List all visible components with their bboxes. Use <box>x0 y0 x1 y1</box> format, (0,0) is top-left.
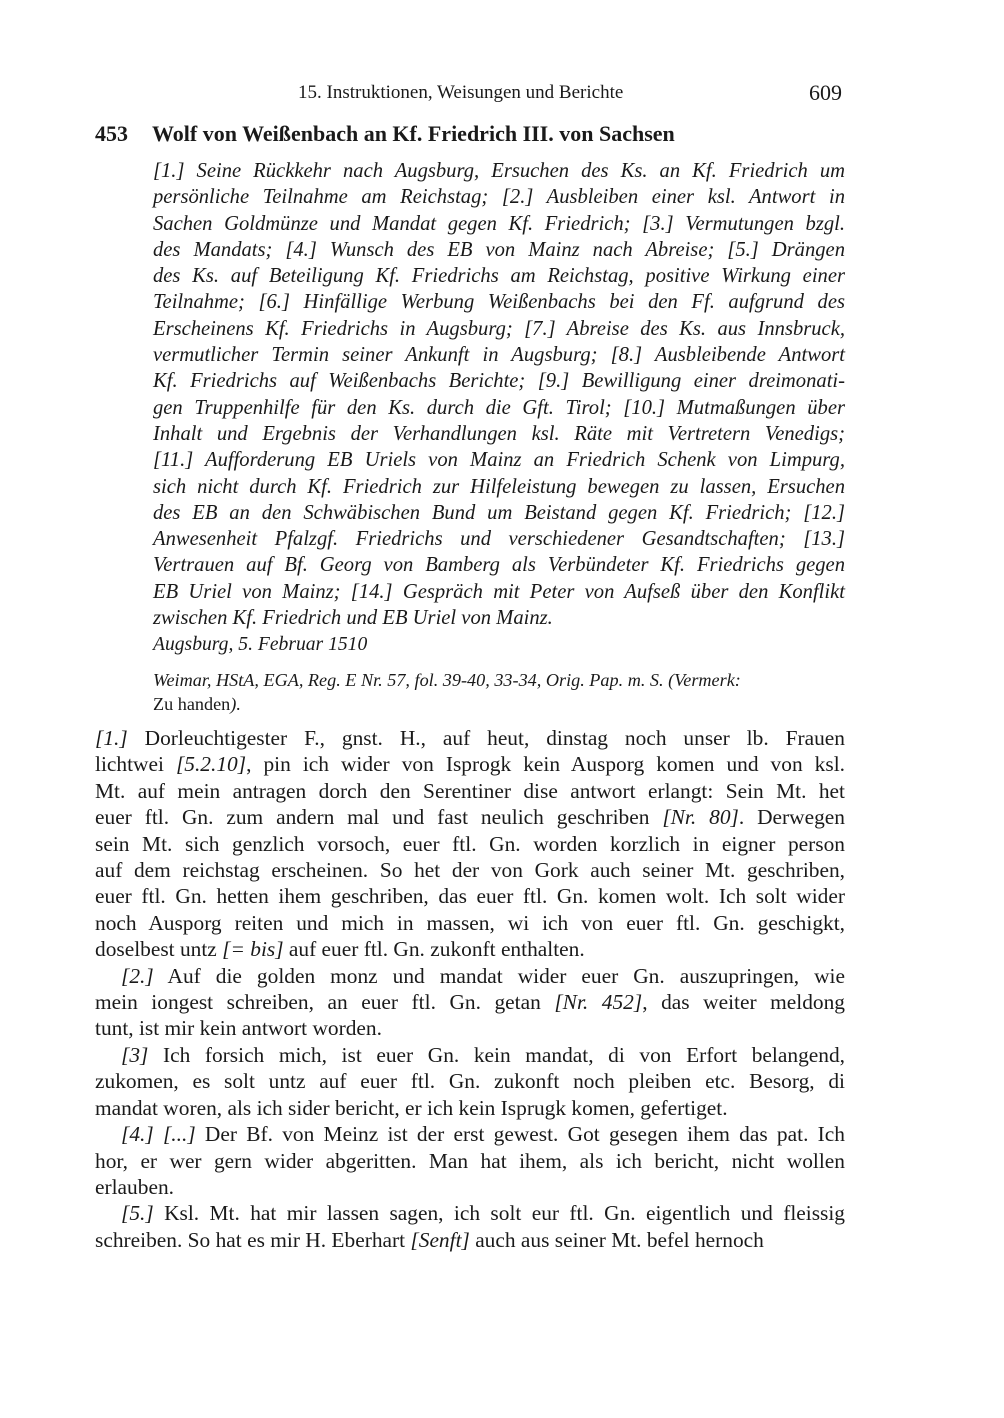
paragraph-1-line: euer ftl. Gn. zum andern mal und fast ne… <box>95 804 845 830</box>
regest-line: des Mandats; [4.] Wunsch des EB von Main… <box>153 237 845 263</box>
regest-line: Teilnahme; [6.] Hinfällige Werbung Weiße… <box>153 289 845 315</box>
editorial-note: [Nr. 80] <box>662 805 739 829</box>
document-number: 453 <box>95 121 152 147</box>
paragraph-3-line: [3] Ich forsich mich, ist euer Gn. kein … <box>95 1042 845 1068</box>
page-number: 609 <box>809 80 842 106</box>
paragraph-4-line: erlauben. <box>95 1174 845 1200</box>
paragraph-2-line: tunt, ist mir kein antwort worden. <box>95 1015 845 1041</box>
source-line-2-end: ). <box>230 694 241 714</box>
place-date: Augsburg, 5. Februar 1510 <box>153 634 367 656</box>
editorial-note: [3] <box>121 1043 148 1067</box>
paragraph-5-line: [5.] Ksl. Mt. hat mir lassen sagen, ich … <box>95 1200 845 1226</box>
regest-line: Anwesenheit Pfalzgf. Friedrichs und vers… <box>153 526 845 552</box>
paragraph-1-line: auf dem reichstag erscheinen. So het der… <box>95 857 845 883</box>
regest-line: gen Truppenhilfe für den Ks. durch die G… <box>153 395 845 421</box>
regest-line: Vertrauen auf Bf. Georg von Bamberg als … <box>153 552 845 578</box>
document-title: Wolf von Weißenbach an Kf. Friedrich III… <box>152 121 675 146</box>
regest-summary: [1.] Seine Rückkehr nach Augsburg, Ersuc… <box>153 158 845 631</box>
editorial-note: [Senft] <box>410 1228 469 1252</box>
paragraph-4-line: [4.] [...] Der Bf. von Meinz ist der ers… <box>95 1121 845 1147</box>
letter-body: [1.] Dorleuchtigester F., gnst. H., auf … <box>95 725 845 1253</box>
paragraph-1-line: [1.] Dorleuchtigester F., gnst. H., auf … <box>95 725 845 751</box>
paragraph-1-line: sein Mt. sich genzlich vorsoch, euer ftl… <box>95 831 845 857</box>
source-line-1: Weimar, HStA, EGA, Reg. E Nr. 57, fol. 3… <box>153 670 741 690</box>
regest-line: [11.] Aufforderung EB Uriels von Mainz a… <box>153 447 845 473</box>
paragraph-4-line: hor, er wer gern wider abgeritten. Man h… <box>95 1148 845 1174</box>
editorial-note: [= bis] <box>222 937 283 961</box>
regest-line: vermutlicher Termin seiner Ankunft in Au… <box>153 342 845 368</box>
regest-line: Sachen Goldmünze und Mandat gegen Kf. Fr… <box>153 211 845 237</box>
editorial-note: [5.2.10] <box>176 752 246 776</box>
paragraph-1-line: noch Ausporg reiten und mich in massen, … <box>95 910 845 936</box>
paragraph-5-line: schreiben. So hat es mir H. Eberhart [Se… <box>95 1227 845 1253</box>
paragraph-1-line: Mt. auf mein antragen dorch den Serentin… <box>95 778 845 804</box>
regest-line: [1.] Seine Rückkehr nach Augsburg, Ersuc… <box>153 158 845 184</box>
document-heading: 453Wolf von Weißenbach an Kf. Friedrich … <box>95 121 855 147</box>
regest-line: zwischen Kf. Friedrich und EB Uriel von … <box>153 605 845 631</box>
editorial-note: [2.] <box>121 964 154 988</box>
paragraph-1-line: lichtwei [5.2.10], pin ich wider von Isp… <box>95 751 845 777</box>
editorial-note: [1.] <box>95 726 128 750</box>
regest-line: EB Uriel von Mainz; [14.] Gespräch mit P… <box>153 579 845 605</box>
paragraph-3-line: mandat woren, als ich sider bericht, er … <box>95 1095 845 1121</box>
source-note: Weimar, HStA, EGA, Reg. E Nr. 57, fol. 3… <box>153 668 845 716</box>
paragraph-3-line: zukomen, es solt untz auf euer ftl. Gn. … <box>95 1068 845 1094</box>
regest-line: persönliche Teilnahme am Reichstag; [2.]… <box>153 184 845 210</box>
regest-line: des Ks. auf Beteiligung Kf. Friedrichs a… <box>153 263 845 289</box>
regest-line: sich nicht durch Kf. Friedrich zur Hilfe… <box>153 474 845 500</box>
editorial-note: [5.] <box>121 1201 154 1225</box>
paragraph-1-line: euer ftl. Gn. hetten ihem geschriben, da… <box>95 883 845 909</box>
running-head-title: 15. Instruktionen, Weisungen und Bericht… <box>298 82 623 104</box>
paragraph-1-line: doselbest untz [= bis] auf euer ftl. Gn.… <box>95 936 845 962</box>
regest-line: Inhalt und Ergebnis der Verhandlungen ks… <box>153 421 845 447</box>
source-line-2: Zu handen <box>153 694 230 714</box>
regest-line: Erscheinens Kf. Friedrichs in Augsburg; … <box>153 316 845 342</box>
paragraph-2-line: [2.] Auf die golden monz und mandat wide… <box>95 963 845 989</box>
regest-line: des EB an den Schwäbischen Bund um Beist… <box>153 500 845 526</box>
editorial-note: [4.] [...] <box>121 1122 196 1146</box>
editorial-note: [Nr. 452] <box>554 990 642 1014</box>
running-head: 15. Instruktionen, Weisungen und Bericht… <box>0 80 1004 110</box>
regest-line: Kf. Friedrichs auf Weißenbachs Berichte;… <box>153 368 845 394</box>
paragraph-2-line: mein iongest schreiben, an euer ftl. Gn.… <box>95 989 845 1015</box>
